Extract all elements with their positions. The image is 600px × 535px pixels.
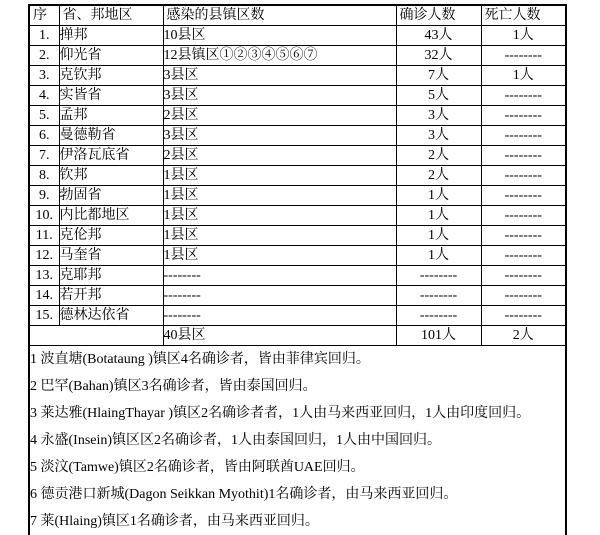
table-row: 10. 内比都地区 1县区 1人 -------- — [29, 206, 566, 226]
cell-deaths: -------- — [481, 246, 566, 266]
cell-confirmed: 3人 — [396, 106, 481, 126]
cell-region: 曼德勒省 — [59, 126, 163, 146]
cell-region: 勃固省 — [59, 186, 163, 206]
cell-deaths: 1人 — [481, 26, 566, 46]
cell-deaths: -------- — [481, 306, 566, 326]
cell-no: 4. — [29, 86, 59, 106]
cell-deaths: -------- — [481, 186, 566, 206]
cell-deaths: -------- — [481, 106, 566, 126]
table-row: 8. 钦邦 1县区 2人 -------- — [29, 166, 566, 186]
covid-region-table: 序 省、邦地区 感染的县镇区数 确诊人数 死亡人数 1. 掸邦 10县区 43人… — [28, 4, 567, 535]
cell-districts: 12县镇区①②③④⑤⑥⑦ — [163, 46, 396, 66]
cell-no: 3. — [29, 66, 59, 86]
cell-region: 仰光省 — [59, 46, 163, 66]
cell-no: 2. — [29, 46, 59, 66]
cell-deaths: -------- — [481, 86, 566, 106]
cell-region: 克伦邦 — [59, 226, 163, 246]
col-header-confirmed: 确诊人数 — [396, 5, 481, 26]
cell-no: 13. — [29, 266, 59, 286]
footnote-line: 4 永盛(Insein)镇区区2名确诊者，1人由泰国回归，1人由中国回归。 — [30, 427, 565, 454]
cell-no: 6. — [29, 126, 59, 146]
footnote-line: 2 巴罕(Bahan)镇区3名确诊者，皆由泰国回归。 — [30, 373, 565, 400]
col-header-region: 省、邦地区 — [59, 5, 163, 26]
cell-no: 10. — [29, 206, 59, 226]
col-header-deaths: 死亡人数 — [481, 5, 566, 26]
cell-districts: 1县区 — [163, 166, 396, 186]
cell-districts: 1县区 — [163, 246, 396, 266]
cell-deaths: -------- — [481, 146, 566, 166]
cell-region: 实皆省 — [59, 86, 163, 106]
cell-deaths: -------- — [481, 286, 566, 306]
cell-districts: -------- — [163, 266, 396, 286]
cell-region: 钦邦 — [59, 166, 163, 186]
cell-region: 马奎省 — [59, 246, 163, 266]
table-row: 3. 克钦邦 3县区 7人 1人 — [29, 66, 566, 86]
document-page: 序 省、邦地区 感染的县镇区数 确诊人数 死亡人数 1. 掸邦 10县区 43人… — [0, 0, 600, 535]
cell-deaths: -------- — [481, 166, 566, 186]
cell-districts: 3县区 — [163, 66, 396, 86]
cell-districts: 2县区 — [163, 146, 396, 166]
col-header-districts: 感染的县镇区数 — [163, 5, 396, 26]
cell-confirmed: -------- — [396, 286, 481, 306]
cell-region: 克耶邦 — [59, 266, 163, 286]
cell-total-confirmed: 101人 — [396, 326, 481, 346]
cell-total-deaths: 2人 — [481, 326, 566, 346]
cell-confirmed: 3人 — [396, 126, 481, 146]
cell-region: 伊洛瓦底省 — [59, 146, 163, 166]
footnote-line: 3 莱达雅(HlaingThayar )镇区2名确诊者者，1人由马来西亚回归，1… — [30, 400, 565, 427]
footnote-line: 6 德贡港口新城(Dagon Seikkan Myothit)1名确诊者，由马来… — [30, 481, 565, 508]
cell-confirmed: 43人 — [396, 26, 481, 46]
cell-districts: 1县区 — [163, 226, 396, 246]
table-row: 5. 孟邦 2县区 3人 -------- — [29, 106, 566, 126]
footnote-line: 7 莱(Hlaing)镇区1名确诊者，由马来西亚回归。 — [30, 508, 565, 535]
cell-districts: 10县区 — [163, 26, 396, 46]
cell-no: 8. — [29, 166, 59, 186]
cell-confirmed: -------- — [396, 306, 481, 326]
footnotes-cell: 1 波直塘(Botataung )镇区4名确诊者，皆由菲律宾回归。 2 巴罕(B… — [29, 346, 566, 535]
cell-confirmed: 2人 — [396, 146, 481, 166]
cell-no: 11. — [29, 226, 59, 246]
cell-region: 若开邦 — [59, 286, 163, 306]
cell-region: 克钦邦 — [59, 66, 163, 86]
table-row: 11. 克伦邦 1县区 1人 -------- — [29, 226, 566, 246]
cell-no: 14. — [29, 286, 59, 306]
cell-deaths: -------- — [481, 46, 566, 66]
cell-deaths: -------- — [481, 206, 566, 226]
cell-districts: 3县区 — [163, 126, 396, 146]
table-row: 6. 曼德勒省 3县区 3人 -------- — [29, 126, 566, 146]
cell-districts: 1县区 — [163, 186, 396, 206]
col-header-no: 序 — [29, 5, 59, 26]
header-row: 序 省、邦地区 感染的县镇区数 确诊人数 死亡人数 — [29, 5, 566, 26]
cell-deaths: -------- — [481, 266, 566, 286]
cell-no: 12. — [29, 246, 59, 266]
cell-confirmed: 7人 — [396, 66, 481, 86]
table-row: 1. 掸邦 10县区 43人 1人 — [29, 26, 566, 46]
cell-region: 掸邦 — [59, 26, 163, 46]
footnotes-row: 1 波直塘(Botataung )镇区4名确诊者，皆由菲律宾回归。 2 巴罕(B… — [29, 346, 566, 535]
cell-total-blank — [29, 326, 163, 346]
cell-no: 7. — [29, 146, 59, 166]
table-row: 7. 伊洛瓦底省 2县区 2人 -------- — [29, 146, 566, 166]
cell-confirmed: 1人 — [396, 206, 481, 226]
footnote-line: 1 波直塘(Botataung )镇区4名确诊者，皆由菲律宾回归。 — [30, 346, 565, 373]
cell-districts: 2县区 — [163, 106, 396, 126]
table-row: 15. 德林达依省 -------- -------- -------- — [29, 306, 566, 326]
cell-confirmed: 1人 — [396, 246, 481, 266]
cell-districts: -------- — [163, 306, 396, 326]
table-row: 4. 实皆省 3县区 5人 -------- — [29, 86, 566, 106]
table-row: 9. 勃固省 1县区 1人 -------- — [29, 186, 566, 206]
cell-districts: 1县区 — [163, 206, 396, 226]
cell-no: 9. — [29, 186, 59, 206]
cell-confirmed: 32人 — [396, 46, 481, 66]
table-row: 12. 马奎省 1县区 1人 -------- — [29, 246, 566, 266]
total-row: 40县区 101人 2人 — [29, 326, 566, 346]
cell-deaths: 1人 — [481, 66, 566, 86]
cell-region: 德林达依省 — [59, 306, 163, 326]
cell-no: 5. — [29, 106, 59, 126]
cell-confirmed: 2人 — [396, 166, 481, 186]
cell-confirmed: -------- — [396, 266, 481, 286]
cell-confirmed: 5人 — [396, 86, 481, 106]
cell-districts: 3县区 — [163, 86, 396, 106]
cell-confirmed: 1人 — [396, 226, 481, 246]
footnote-line: 5 淡汶(Tamwe)镇区2名确诊者，皆由阿联酋UAE回归。 — [30, 454, 565, 481]
cell-deaths: -------- — [481, 126, 566, 146]
cell-total-districts: 40县区 — [163, 326, 396, 346]
cell-no: 15. — [29, 306, 59, 326]
cell-region: 内比都地区 — [59, 206, 163, 226]
cell-no: 1. — [29, 26, 59, 46]
cell-confirmed: 1人 — [396, 186, 481, 206]
table-row: 13. 克耶邦 -------- -------- -------- — [29, 266, 566, 286]
cell-region: 孟邦 — [59, 106, 163, 126]
table-row: 2. 仰光省 12县镇区①②③④⑤⑥⑦ 32人 -------- — [29, 46, 566, 66]
cell-districts: -------- — [163, 286, 396, 306]
table-row: 14. 若开邦 -------- -------- -------- — [29, 286, 566, 306]
cell-deaths: -------- — [481, 226, 566, 246]
